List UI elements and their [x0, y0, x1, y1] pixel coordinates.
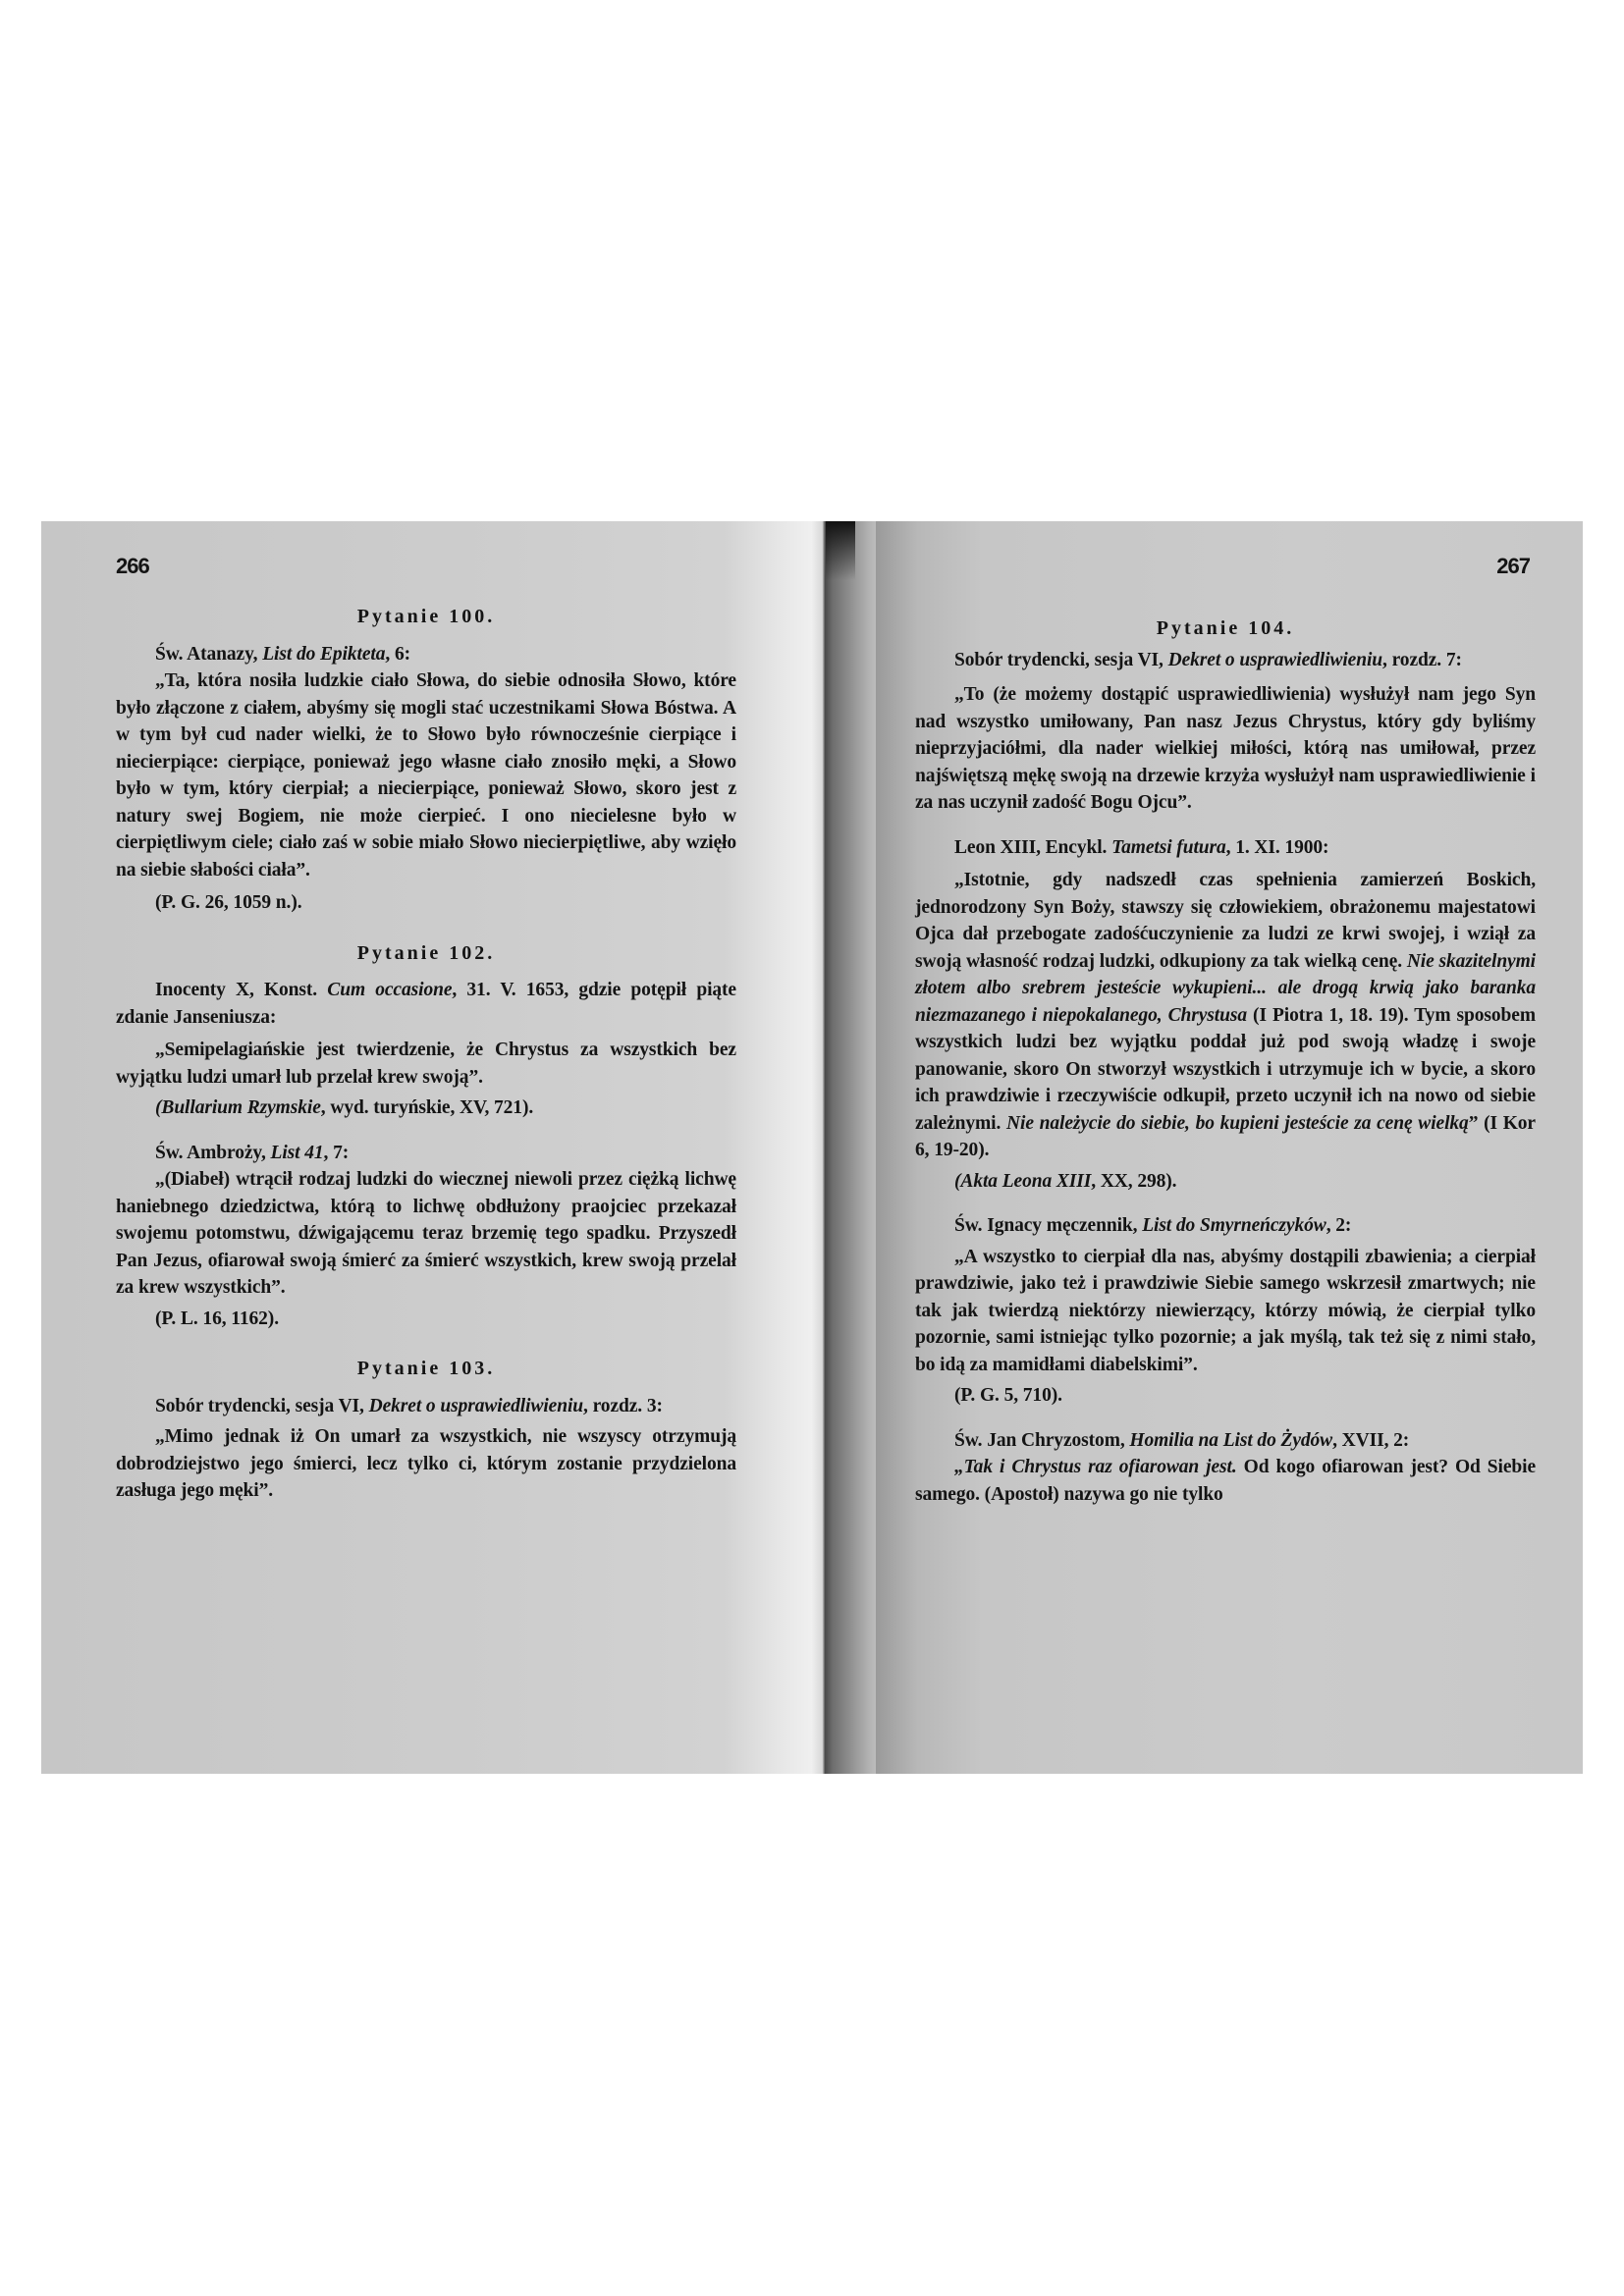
reference-leo-xiii: (Akta Leona XIII, XX, 298).: [915, 1168, 1536, 1196]
reference-athanasius: (P. G. 26, 1059 n.).: [116, 889, 736, 917]
source-innocent: Inocenty X, Konst. Cum occasione, 31. V.…: [116, 977, 736, 1031]
quote-chrysostom: „Tak i Chrystus raz ofiarowan jest. Od k…: [915, 1454, 1536, 1508]
quote-trent-3: „Mimo jednak iż On umarł za wszystkich, …: [116, 1423, 736, 1505]
quote-athanasius: „Ta, która nosiła ludzkie ciało Słowa, d…: [116, 667, 736, 883]
quote-innocent: „Semipelagiańskie jest twierdzenie, że C…: [116, 1037, 736, 1091]
source-trent-7: Sobór trydencki, sesja VI, Dekret o uspr…: [915, 647, 1536, 674]
quote-trent-7: „To (że możemy dostąpić usprawiedliwieni…: [915, 681, 1536, 817]
right-page-content: Pytanie 104. Sobór trydencki, sesja VI, …: [915, 615, 1536, 1508]
page-number-left: 266: [116, 554, 149, 579]
left-page: 266 Pytanie 100. Św. Atanazy, List do Ep…: [41, 521, 817, 1774]
quote-ambrose: „(Diabeł) wtrącił rodzaj ludzki do wiecz…: [116, 1166, 736, 1302]
reference-ambrose: (P. L. 16, 1162).: [116, 1306, 736, 1333]
question-104-heading: Pytanie 104.: [915, 615, 1536, 643]
source-ignatius: Św. Ignacy męczennik, List do Smyrneńczy…: [915, 1212, 1536, 1240]
source-trent-3: Sobór trydencki, sesja VI, Dekret o uspr…: [116, 1393, 736, 1420]
question-102-heading: Pytanie 102.: [116, 940, 736, 968]
source-ambrose: Św. Ambroży, List 41, 7:: [116, 1140, 736, 1167]
question-100-heading: Pytanie 100.: [116, 604, 736, 631]
question-103-heading: Pytanie 103.: [116, 1356, 736, 1383]
book-scan: 266 Pytanie 100. Św. Atanazy, List do Ep…: [41, 521, 1583, 1774]
page-number-right: 267: [1496, 554, 1530, 579]
left-page-content: Pytanie 100. Św. Atanazy, List do Epikte…: [116, 604, 736, 1505]
source-chrysostom: Św. Jan Chryzostom, Homilia na List do Ż…: [915, 1427, 1536, 1455]
source-athanasius: Św. Atanazy, List do Epikteta, 6:: [116, 641, 736, 668]
quote-leo-xiii: „Istotnie, gdy nadszedł czas spełnienia …: [915, 867, 1536, 1164]
right-page: 267 Pytanie 104. Sobór trydencki, sesja …: [876, 521, 1583, 1774]
quote-ignatius: „A wszystko to cierpiał dla nas, abyśmy …: [915, 1244, 1536, 1379]
reference-ignatius: (P. G. 5, 710).: [915, 1382, 1536, 1410]
book-gutter: [812, 521, 881, 1774]
source-leo-xiii: Leon XIII, Encykl. Tametsi futura, 1. XI…: [915, 834, 1536, 862]
reference-bullarium: (Bullarium Rzymskie, wyd. turyńskie, XV,…: [116, 1095, 736, 1122]
